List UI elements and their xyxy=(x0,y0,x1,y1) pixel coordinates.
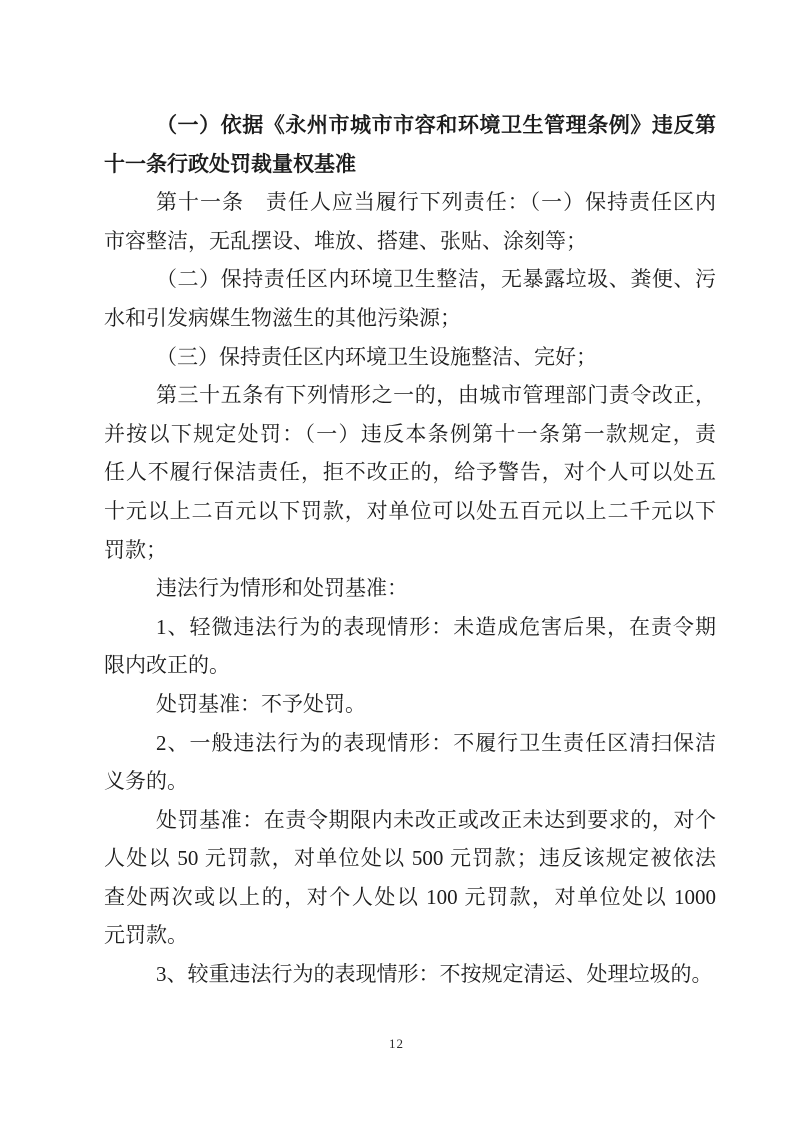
paragraph-general-violation: 2、一般违法行为的表现情形：不履行卫生责任区清扫保洁 义务的。 xyxy=(104,724,716,801)
paragraph-line: 违法行为情形和处罚基准： xyxy=(104,569,716,608)
paragraph-line: 第三十五条有下列情形之一的，由城市管理部门责令改正， xyxy=(104,376,716,415)
paragraph-line: 义务的。 xyxy=(104,762,716,801)
paragraph-article-11: 第十一条 责任人应当履行下列责任：（一）保持责任区内 市容整洁，无乱摆设、堆放、… xyxy=(104,183,716,260)
paragraph-line: 人处以 50 元罚款，对单位处以 500 元罚款；违反该规定被依法 xyxy=(104,839,716,878)
paragraph-penalty-intro: 违法行为情形和处罚基准： xyxy=(104,569,716,608)
section-heading: （一）依据《永州市城市市容和环境卫生管理条例》违反第 十一条行政处罚裁量权基准 xyxy=(104,106,716,183)
paragraph-item-2: （二）保持责任区内环境卫生整洁，无暴露垃圾、粪便、污 水和引发病媒生物滋生的其他… xyxy=(104,260,716,337)
paragraph-line: 十元以上二百元以下罚款，对单位可以处五百元以上二千元以下 xyxy=(104,492,716,531)
paragraph-minor-penalty: 处罚基准：不予处罚。 xyxy=(104,685,716,724)
paragraph-item-3: （三）保持责任区内环境卫生设施整洁、完好； xyxy=(104,338,716,377)
paragraph-article-35: 第三十五条有下列情形之一的，由城市管理部门责令改正， 并按以下规定处罚：（一）违… xyxy=(104,376,716,569)
paragraph-line: 处罚基准：在责令期限内未改正或改正未达到要求的，对个 xyxy=(104,801,716,840)
document-page: （一）依据《永州市城市市容和环境卫生管理条例》违反第 十一条行政处罚裁量权基准 … xyxy=(0,0,793,1122)
paragraph-line: 限内改正的。 xyxy=(104,646,716,685)
paragraph-line: 3、较重违法行为的表现情形：不按规定清运、处理垃圾的。 xyxy=(104,955,716,994)
paragraph-line: 罚款； xyxy=(104,531,716,570)
paragraph-line: 查处两次或以上的，对个人处以 100 元罚款，对单位处以 1000 xyxy=(104,878,716,917)
paragraph-line: 市容整洁，无乱摆设、堆放、搭建、张贴、涂刻等； xyxy=(104,222,716,261)
paragraph-line: （二）保持责任区内环境卫生整洁，无暴露垃圾、粪便、污 xyxy=(104,260,716,299)
paragraph-line: 1、轻微违法行为的表现情形：未造成危害后果，在责令期 xyxy=(104,608,716,647)
page-number: 12 xyxy=(0,1036,793,1052)
paragraph-line: 2、一般违法行为的表现情形：不履行卫生责任区清扫保洁 xyxy=(104,724,716,763)
paragraph-line: 任人不履行保洁责任，拒不改正的，给予警告，对个人可以处五 xyxy=(104,453,716,492)
heading-line: 十一条行政处罚裁量权基准 xyxy=(104,145,716,184)
heading-line: （一）依据《永州市城市市容和环境卫生管理条例》违反第 xyxy=(104,106,716,145)
paragraph-line: 元罚款。 xyxy=(104,916,716,955)
paragraph-line: 处罚基准：不予处罚。 xyxy=(104,685,716,724)
document-body: （一）依据《永州市城市市容和环境卫生管理条例》违反第 十一条行政处罚裁量权基准 … xyxy=(104,106,716,994)
paragraph-line: 第十一条 责任人应当履行下列责任：（一）保持责任区内 xyxy=(104,183,716,222)
paragraph-line: 水和引发病媒生物滋生的其他污染源； xyxy=(104,299,716,338)
paragraph-general-penalty: 处罚基准：在责令期限内未改正或改正未达到要求的，对个 人处以 50 元罚款，对单… xyxy=(104,801,716,955)
paragraph-line: 并按以下规定处罚：（一）违反本条例第十一条第一款规定，责 xyxy=(104,415,716,454)
paragraph-serious-violation: 3、较重违法行为的表现情形：不按规定清运、处理垃圾的。 xyxy=(104,955,716,994)
paragraph-minor-violation: 1、轻微违法行为的表现情形：未造成危害后果，在责令期 限内改正的。 xyxy=(104,608,716,685)
paragraph-line: （三）保持责任区内环境卫生设施整洁、完好； xyxy=(104,338,716,377)
